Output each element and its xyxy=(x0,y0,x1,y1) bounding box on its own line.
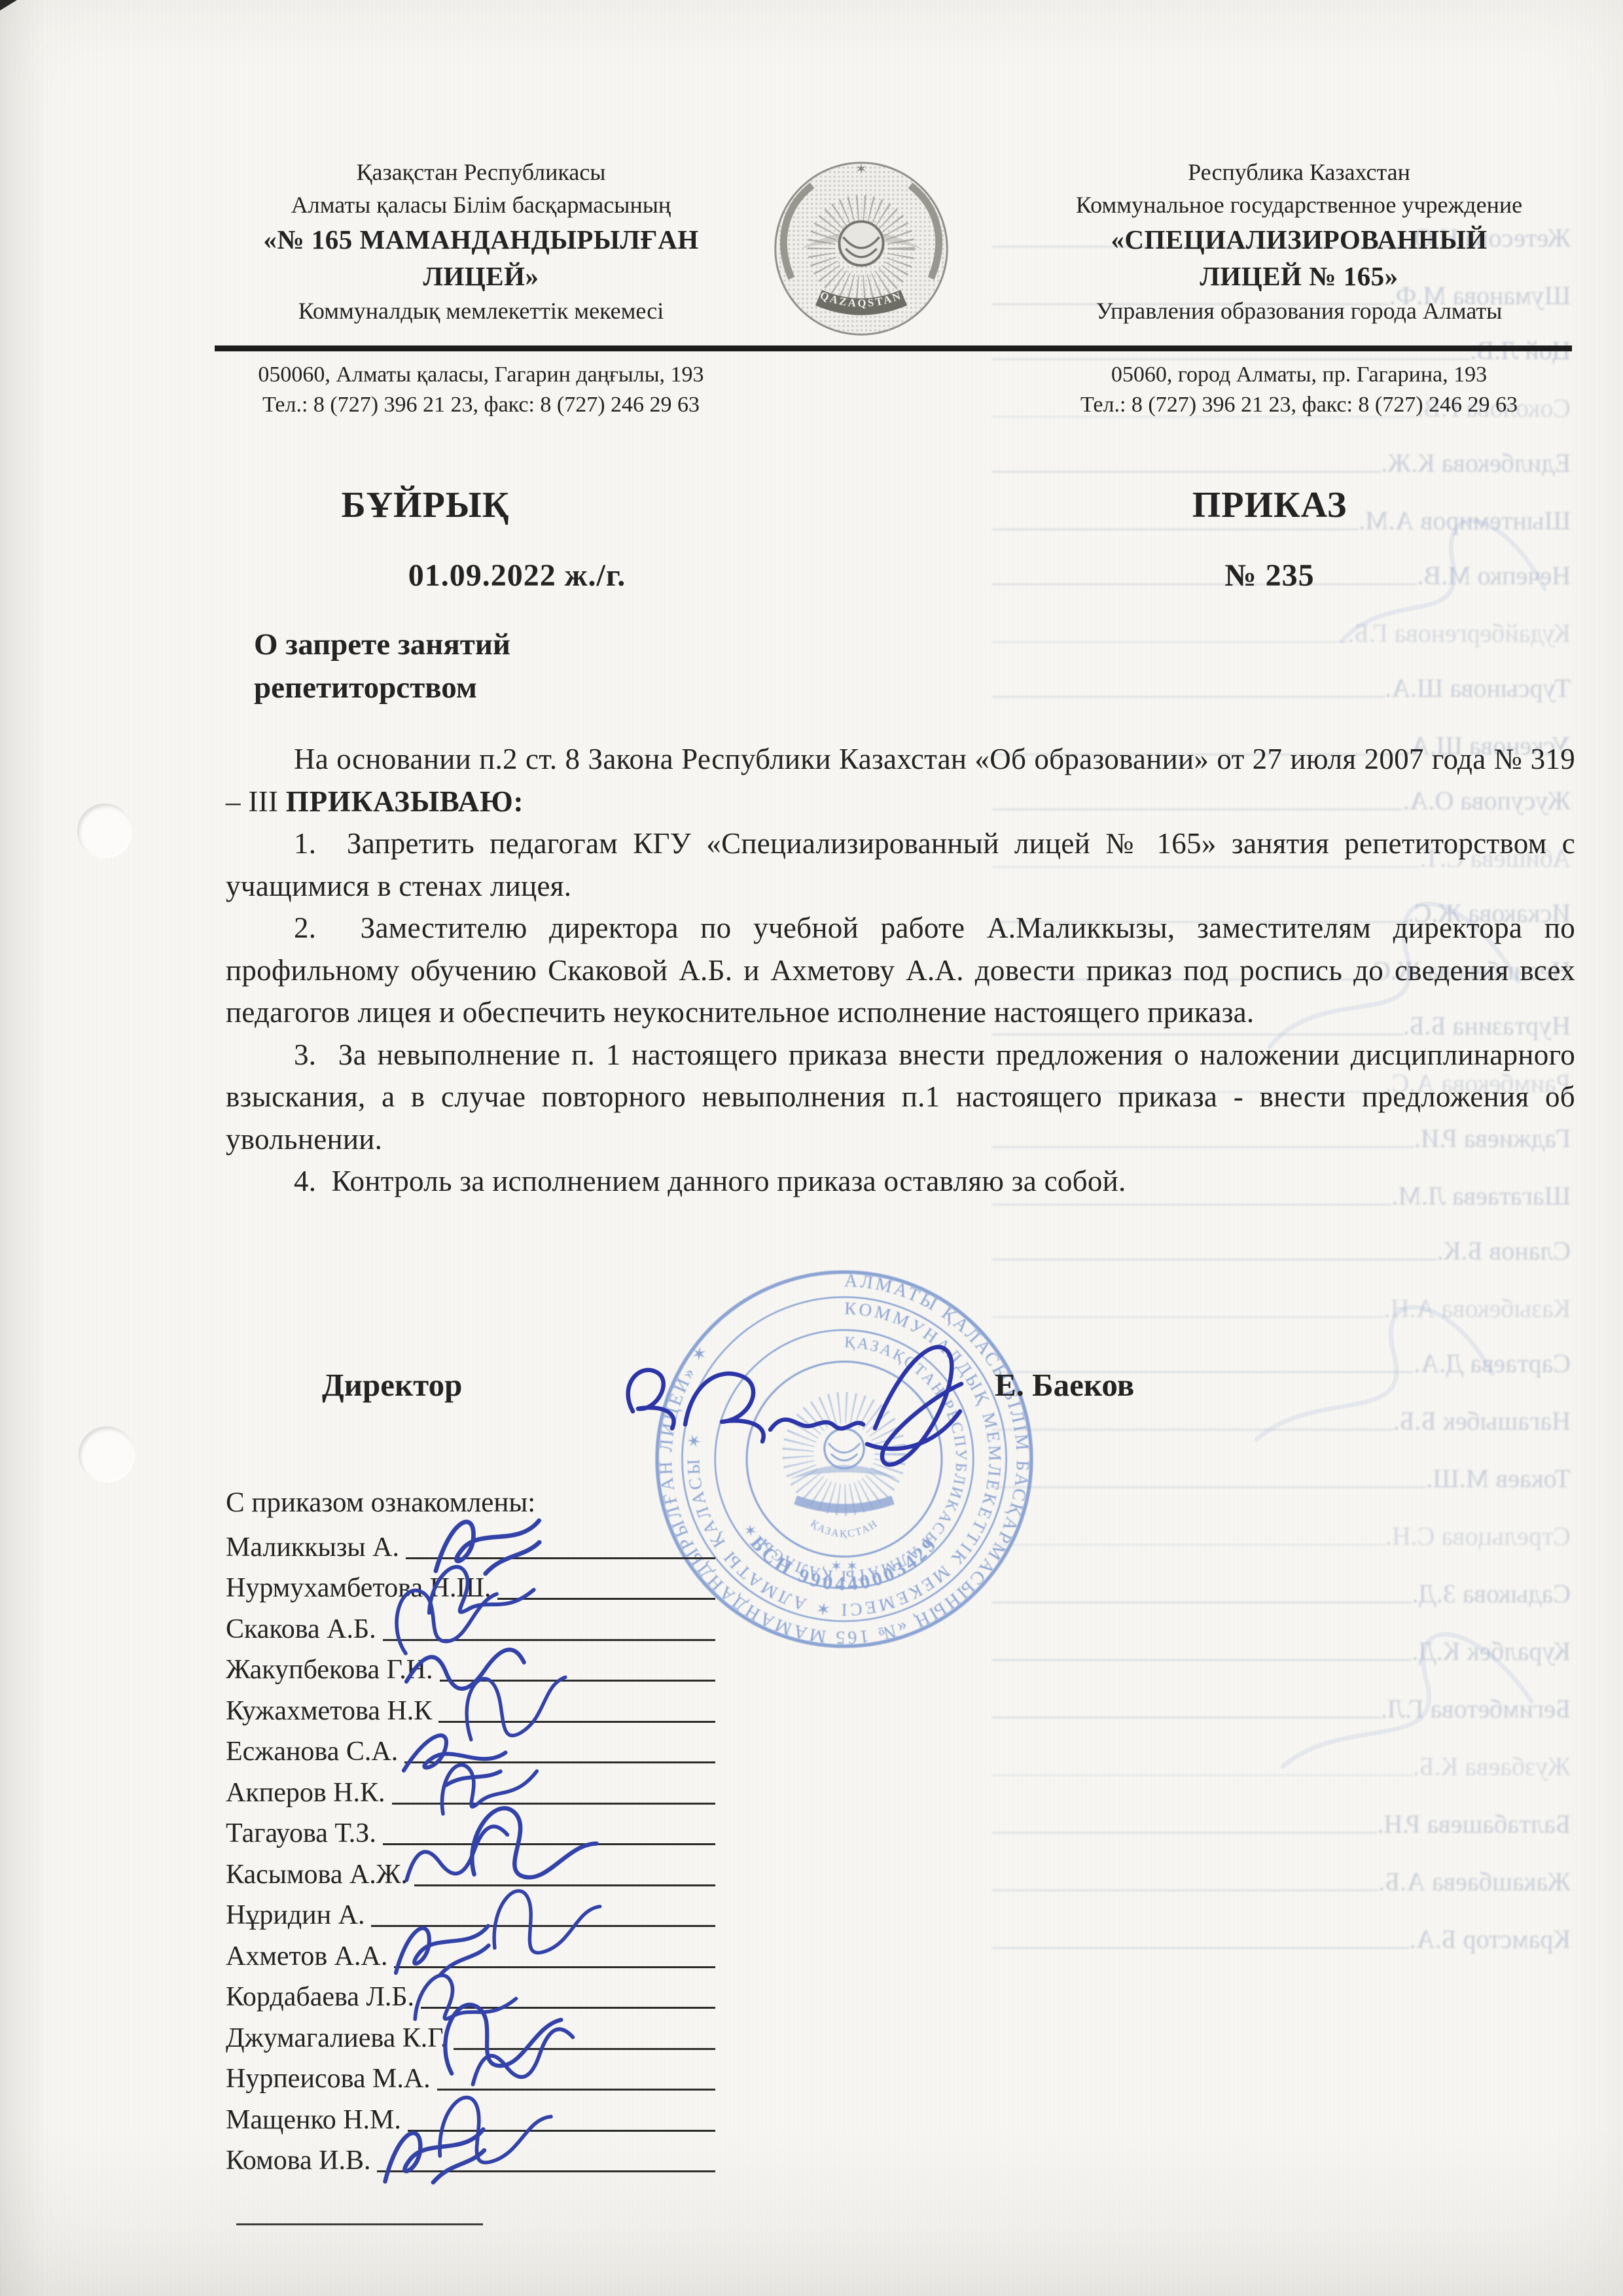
punch-hole xyxy=(77,804,132,858)
subject-line: репетиторством xyxy=(254,671,477,705)
address-line: 050060, Алматы қаласы, Гагарин даңғылы, … xyxy=(258,362,704,387)
address-kazakh: 050060, Алматы қаласы, Гагарин даңғылы, … xyxy=(219,360,743,420)
letterhead-line: Управления образования города Алматы xyxy=(1096,298,1503,324)
letterhead-line: Республика Казахстан xyxy=(1188,159,1410,185)
order-title-ru: ПРИКАЗ xyxy=(1116,484,1423,526)
ink-signature xyxy=(470,1805,599,1888)
letterhead-line: Коммунальное государственное учреждение xyxy=(1076,192,1522,218)
subject-line: О запрете занятий xyxy=(254,627,510,662)
signers-ink-signatures xyxy=(196,1492,851,2270)
letterhead-kazakh: Қазақстан Республикасы Алматы қаласы Біл… xyxy=(223,156,740,327)
kazakhstan-coat-of-arms: ✶ QAZAQSTAN xyxy=(764,152,958,345)
phone-line: Тел.: 8 (727) 396 21 23, факс: 8 (727) 2… xyxy=(1080,393,1518,417)
director-label: Директор xyxy=(322,1366,462,1404)
address-russian: 05060, город Алматы, пр. Гагарина, 193 Т… xyxy=(1011,360,1587,420)
ink-signature xyxy=(389,1574,505,1654)
letterhead-divider-rule xyxy=(215,345,1572,351)
letterhead-line: Алматы қаласы Білім басқармасының xyxy=(291,192,671,218)
svg-text:✶: ✶ xyxy=(855,162,867,177)
order-paragraph: 1. Запретить педагогам КГУ «Специализиро… xyxy=(226,822,1575,907)
scan-edge-shading xyxy=(0,0,46,2296)
org-name-ru-line2: ЛИЦЕЙ № 165» xyxy=(1011,258,1587,294)
order-date: 01.09.2022 ж./г. xyxy=(288,557,746,593)
phone-line: Тел.: 8 (727) 396 21 23, факс: 8 (727) 2… xyxy=(262,393,700,417)
ink-signature xyxy=(391,1920,493,1980)
order-body: На основании п.2 ст. 8 Закона Республики… xyxy=(226,738,1575,1203)
ink-signature xyxy=(379,2123,490,2189)
org-name-kk-line2: ЛИЦЕЙ» xyxy=(223,258,740,294)
order-number: № 235 xyxy=(1116,557,1423,593)
address-line: 05060, город Алматы, пр. Гагарина, 193 xyxy=(1111,362,1487,387)
punch-hole xyxy=(79,1426,135,1483)
scan-corner-artifact xyxy=(0,0,17,10)
order-title-kk: БҰЙРЫҚ xyxy=(275,484,576,526)
ink-signature xyxy=(402,1730,507,1794)
letterhead-russian: Республика Казахстан Коммунальное госуда… xyxy=(1011,156,1587,327)
ink-signature xyxy=(438,2095,552,2169)
director-signature xyxy=(592,1312,1096,1502)
order-subject: О запрете занятий репетиторством xyxy=(254,623,673,709)
letterhead-line: Қазақстан Республикасы xyxy=(356,159,605,185)
org-name-kk-line1: «№ 165 МАМАНДАНДЫРЫЛҒАН xyxy=(223,221,740,258)
order-paragraph: 3. За невыполнение п. 1 настоящего прика… xyxy=(226,1034,1575,1161)
scanned-document-page: Жетесова Н.О.Шуманова М.Ф.Цой Л.В.Соколо… xyxy=(0,0,1623,2296)
ink-signature xyxy=(466,2027,579,2087)
order-paragraph: На основании п.2 ст. 8 Закона Республики… xyxy=(226,738,1575,822)
org-name-ru-line1: «СПЕЦИАЛИЗИРОВАННЫЙ xyxy=(1011,221,1587,258)
ink-signature xyxy=(406,1641,525,1694)
order-paragraph: 2. Заместителю директора по учебной рабо… xyxy=(226,907,1575,1034)
ink-signature xyxy=(429,1564,535,1627)
order-paragraph: 4. Контроль за исполнением данного прика… xyxy=(226,1160,1575,1203)
ink-signature xyxy=(493,1890,601,1957)
ink-signature xyxy=(400,1824,512,1882)
letterhead-line: Коммуналдық мемлекеттік мекемесі xyxy=(298,298,664,324)
ink-signature xyxy=(439,1759,539,1814)
